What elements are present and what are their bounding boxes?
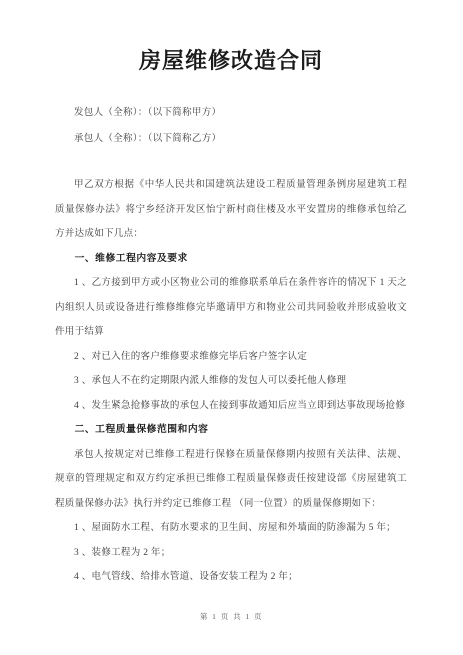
blank-spacer [55, 152, 407, 173]
section-1-clause-4: 4 、发生紧急抢修事故的承包人在接到事故通知后应当立即到达事故现场抢修 [55, 394, 407, 419]
section-1-clause-2: 2 、对已入住的客户维修要求维修完毕后客户签字认定 [55, 345, 407, 370]
section-2-intro-paragraph: 承包人按规定对已维修工程进行保修在质量保修期内按照有关法律、法规、规章的管理规定… [55, 443, 407, 517]
party-contractor-line: 承包人（全称）：（以下简称乙方） [55, 126, 407, 152]
intro-paragraph: 甲乙双方根据《中华人民共和国建筑法建设工程质量管理条例房屋建筑工程质量保修办法》… [55, 173, 407, 247]
document-content: 房屋维修改造合同 发包人（全称）：（以下简称甲方） 承包人（全称）：（以下简称乙… [55, 0, 407, 590]
section-2-clause-1: 1 、屋面防水工程、有防水要求的卫生间、房屋和外墙面的防渗漏为 5 年； [55, 516, 407, 541]
section-2-clause-4: 4 、电气管线、给排水管道、设备安装工程为 2 年； [55, 565, 407, 590]
document-page: 房屋维修改造合同 发包人（全称）：（以下简称甲方） 承包人（全称）：（以下简称乙… [0, 0, 463, 655]
section-1-clause-1: 1 、乙方接到甲方或小区物业公司的维修联系单后在条件容许的情况下 1 天之内组织… [55, 271, 407, 345]
section-1-heading: 一、维修工程内容及要求 [55, 247, 407, 272]
party-employer-line: 发包人（全称）：（以下简称甲方） [55, 100, 407, 126]
section-1-clause-3: 3 、承包人不在约定期限内派人维修的发包人可以委托他人修理 [55, 369, 407, 394]
section-2-heading: 二、工程质量保修范围和内容 [55, 418, 407, 443]
document-title: 房屋维修改造合同 [55, 46, 407, 76]
page-number: 第 1 页 共 1 页 [0, 611, 463, 622]
section-2-clause-3: 3 、装修工程为 2 年； [55, 541, 407, 566]
parties-block: 发包人（全称）：（以下简称甲方） 承包人（全称）：（以下简称乙方） [55, 100, 407, 152]
